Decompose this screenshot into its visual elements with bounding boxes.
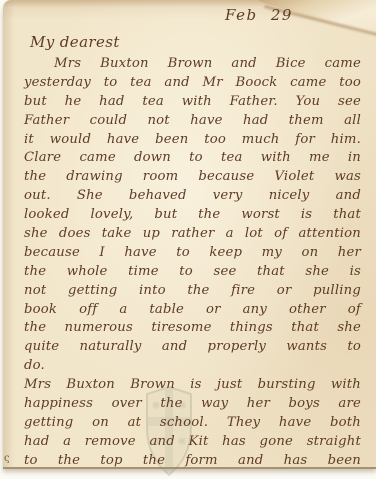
letter-line: do.: [24, 357, 361, 376]
letter-line: Father could not have had them all: [24, 112, 361, 131]
letter-body: Mrs Buxton Brown and Bice cameyesterday …: [24, 55, 361, 471]
letter-line: Mrs Buxton Brown is just bursting with: [24, 376, 361, 395]
letter-line: quite naturally and properly wants to: [24, 338, 361, 357]
letter-line: out. She behaved very nicely and: [24, 187, 361, 206]
letter-line: looked lovely, but the worst is that: [24, 206, 361, 225]
scanned-handwritten-letter: Feb 29 My dearest Mrs Buxton Brown and B…: [0, 0, 376, 479]
letter-line: book off a table or any other of: [24, 301, 361, 320]
letter-line: it would have been too much for him.: [24, 131, 361, 150]
letter-line: the numerous tiresome things that she: [24, 319, 361, 338]
letter-salutation: My dearest: [30, 33, 120, 51]
letter-line: not getting into the fire or pulling: [24, 282, 361, 301]
letter-line: getting on at school. They have both: [24, 414, 361, 433]
letter-line: Mrs Buxton Brown and Bice came: [24, 55, 361, 74]
letter-line: she does take up rather a lot of attenti…: [24, 225, 361, 244]
letter-line: the drawing room because Violet was: [24, 168, 361, 187]
stray-ink-mark: ς: [4, 453, 10, 464]
letter-line: yesterday to tea and Mr Boock came too: [24, 74, 361, 93]
letter-line: to the top the form and has been: [24, 452, 361, 471]
letter-paper: Feb 29 My dearest Mrs Buxton Brown and B…: [3, 0, 376, 469]
letter-line: happiness over the way her boys are: [24, 395, 361, 414]
letter-date: Feb 29: [225, 6, 293, 24]
letter-line: because I have to keep my on her: [24, 244, 361, 263]
letter-line: had a remove and Kit has gone straight: [24, 433, 361, 452]
letter-line: Clare came down to tea with me in: [24, 149, 361, 168]
letter-line: the whole time to see that she is: [24, 263, 361, 282]
letter-line: but he had tea with Father. You see: [24, 93, 361, 112]
